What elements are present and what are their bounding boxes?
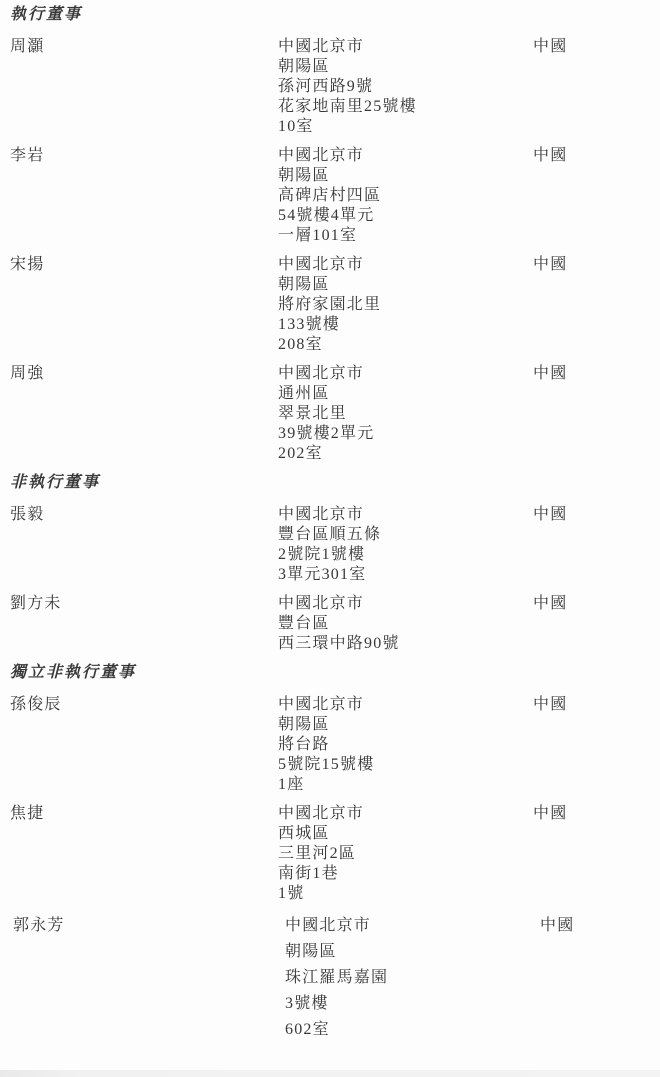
address-line: 珠江羅馬嘉園 <box>285 965 540 991</box>
director-nationality: 中國 <box>533 695 633 715</box>
director-name: 郭永芳 <box>13 913 285 939</box>
address-line: 通州區 <box>278 384 533 404</box>
director-address: 中國北京市豐台區順五條2號院1號樓3單元301室 <box>278 505 533 585</box>
director-name: 周強 <box>10 364 278 384</box>
director-name: 焦捷 <box>10 804 278 824</box>
address-line: 朝陽區 <box>278 57 533 77</box>
sections-container: 執行董事 周灝 中國北京市朝陽區孫河西路9號花家地南里25號樓10室 中國 李岩… <box>10 5 650 1043</box>
address-line: 西三環中路90號 <box>278 634 533 654</box>
address-line: 一層101室 <box>278 226 533 246</box>
director-row: 焦捷 中國北京市西城區三里河2區南街1巷1號 中國 <box>10 804 650 904</box>
address-line: 1號 <box>278 884 533 904</box>
director-name: 李岩 <box>10 146 278 166</box>
address-line: 1座 <box>278 775 533 795</box>
director-address: 中國北京市豐台區西三環中路90號 <box>278 594 533 654</box>
address-line: 朝陽區 <box>285 939 540 965</box>
address-line: 中國北京市 <box>278 804 533 824</box>
director-name: 張毅 <box>10 505 278 525</box>
director-nationality: 中國 <box>533 804 633 824</box>
address-line: 中國北京市 <box>278 594 533 614</box>
address-line: 39號樓2單元 <box>278 424 533 444</box>
director-nationality: 中國 <box>533 255 633 275</box>
director-name: 孫俊辰 <box>10 695 278 715</box>
directors-list-page: 執行董事 周灝 中國北京市朝陽區孫河西路9號花家地南里25號樓10室 中國 李岩… <box>0 0 660 1077</box>
director-address: 中國北京市西城區三里河2區南街1巷1號 <box>278 804 533 904</box>
section-heading: 非執行董事 <box>10 473 650 493</box>
address-line: 中國北京市 <box>285 913 540 939</box>
director-nationality: 中國 <box>533 505 633 525</box>
address-line: 南街1巷 <box>278 864 533 884</box>
address-line: 西城區 <box>278 824 533 844</box>
director-section: 非執行董事 張毅 中國北京市豐台區順五條2號院1號樓3單元301室 中國 劉方未… <box>10 473 650 654</box>
director-address: 中國北京市朝陽區高碑店村四區54號樓4單元一層101室 <box>278 146 533 246</box>
address-line: 花家地南里25號樓 <box>278 97 533 117</box>
director-row: 郭永芳 中國北京市朝陽區珠江羅馬嘉園3號樓602室 中國 <box>10 913 650 1043</box>
address-line: 將台路 <box>278 735 533 755</box>
address-line: 將府家園北里 <box>278 295 533 315</box>
address-line: 朝陽區 <box>278 275 533 295</box>
director-row: 張毅 中國北京市豐台區順五條2號院1號樓3單元301室 中國 <box>10 505 650 585</box>
address-line: 翠景北里 <box>278 404 533 424</box>
address-line: 5號院15號樓 <box>278 755 533 775</box>
address-line: 3號樓 <box>285 991 540 1017</box>
director-address: 中國北京市通州區翠景北里39號樓2單元202室 <box>278 364 533 464</box>
director-name: 宋揚 <box>10 255 278 275</box>
address-line: 中國北京市 <box>278 695 533 715</box>
director-nationality: 中國 <box>540 913 640 939</box>
address-line: 豐台區 <box>278 614 533 634</box>
section-rows: 張毅 中國北京市豐台區順五條2號院1號樓3單元301室 中國 劉方未 中國北京市… <box>10 505 650 654</box>
section-heading: 獨立非執行董事 <box>10 663 650 683</box>
director-nationality: 中國 <box>533 37 633 57</box>
address-line: 豐台區順五條 <box>278 525 533 545</box>
address-line: 中國北京市 <box>278 505 533 525</box>
director-address: 中國北京市朝陽區將台路5號院15號樓1座 <box>278 695 533 795</box>
director-nationality: 中國 <box>533 364 633 384</box>
director-section: 執行董事 周灝 中國北京市朝陽區孫河西路9號花家地南里25號樓10室 中國 李岩… <box>10 5 650 464</box>
director-row: 李岩 中國北京市朝陽區高碑店村四區54號樓4單元一層101室 中國 <box>10 146 650 246</box>
address-line: 133號樓 <box>278 315 533 335</box>
address-line: 2號院1號樓 <box>278 545 533 565</box>
address-line: 孫河西路9號 <box>278 77 533 97</box>
director-row: 劉方未 中國北京市豐台區西三環中路90號 中國 <box>10 594 650 654</box>
address-line: 202室 <box>278 444 533 464</box>
director-section: 獨立非執行董事 孫俊辰 中國北京市朝陽區將台路5號院15號樓1座 中國 焦捷 中… <box>10 663 650 1043</box>
address-line: 208室 <box>278 335 533 355</box>
address-line: 三里河2區 <box>278 844 533 864</box>
director-row: 周強 中國北京市通州區翠景北里39號樓2單元202室 中國 <box>10 364 650 464</box>
address-line: 602室 <box>285 1017 540 1043</box>
address-line: 中國北京市 <box>278 37 533 57</box>
director-row: 孫俊辰 中國北京市朝陽區將台路5號院15號樓1座 中國 <box>10 695 650 795</box>
director-row: 周灝 中國北京市朝陽區孫河西路9號花家地南里25號樓10室 中國 <box>10 37 650 137</box>
director-address: 中國北京市朝陽區孫河西路9號花家地南里25號樓10室 <box>278 37 533 137</box>
director-address: 中國北京市朝陽區珠江羅馬嘉園3號樓602室 <box>285 913 540 1043</box>
address-line: 54號樓4單元 <box>278 206 533 226</box>
section-rows: 孫俊辰 中國北京市朝陽區將台路5號院15號樓1座 中國 焦捷 中國北京市西城區三… <box>10 695 650 1043</box>
address-line: 中國北京市 <box>278 146 533 166</box>
address-line: 10室 <box>278 117 533 137</box>
director-name: 周灝 <box>10 37 278 57</box>
address-line: 中國北京市 <box>278 364 533 384</box>
director-nationality: 中國 <box>533 594 633 614</box>
address-line: 3單元301室 <box>278 565 533 585</box>
section-rows: 周灝 中國北京市朝陽區孫河西路9號花家地南里25號樓10室 中國 李岩 中國北京… <box>10 37 650 464</box>
address-line: 高碑店村四區 <box>278 186 533 206</box>
director-nationality: 中國 <box>533 146 633 166</box>
section-heading: 執行董事 <box>10 5 650 25</box>
director-name: 劉方未 <box>10 594 278 614</box>
address-line: 中國北京市 <box>278 255 533 275</box>
director-row: 宋揚 中國北京市朝陽區將府家園北里133號樓208室 中國 <box>10 255 650 355</box>
address-line: 朝陽區 <box>278 715 533 735</box>
address-line: 朝陽區 <box>278 166 533 186</box>
page-bottom-divider <box>0 1070 660 1077</box>
director-address: 中國北京市朝陽區將府家園北里133號樓208室 <box>278 255 533 355</box>
